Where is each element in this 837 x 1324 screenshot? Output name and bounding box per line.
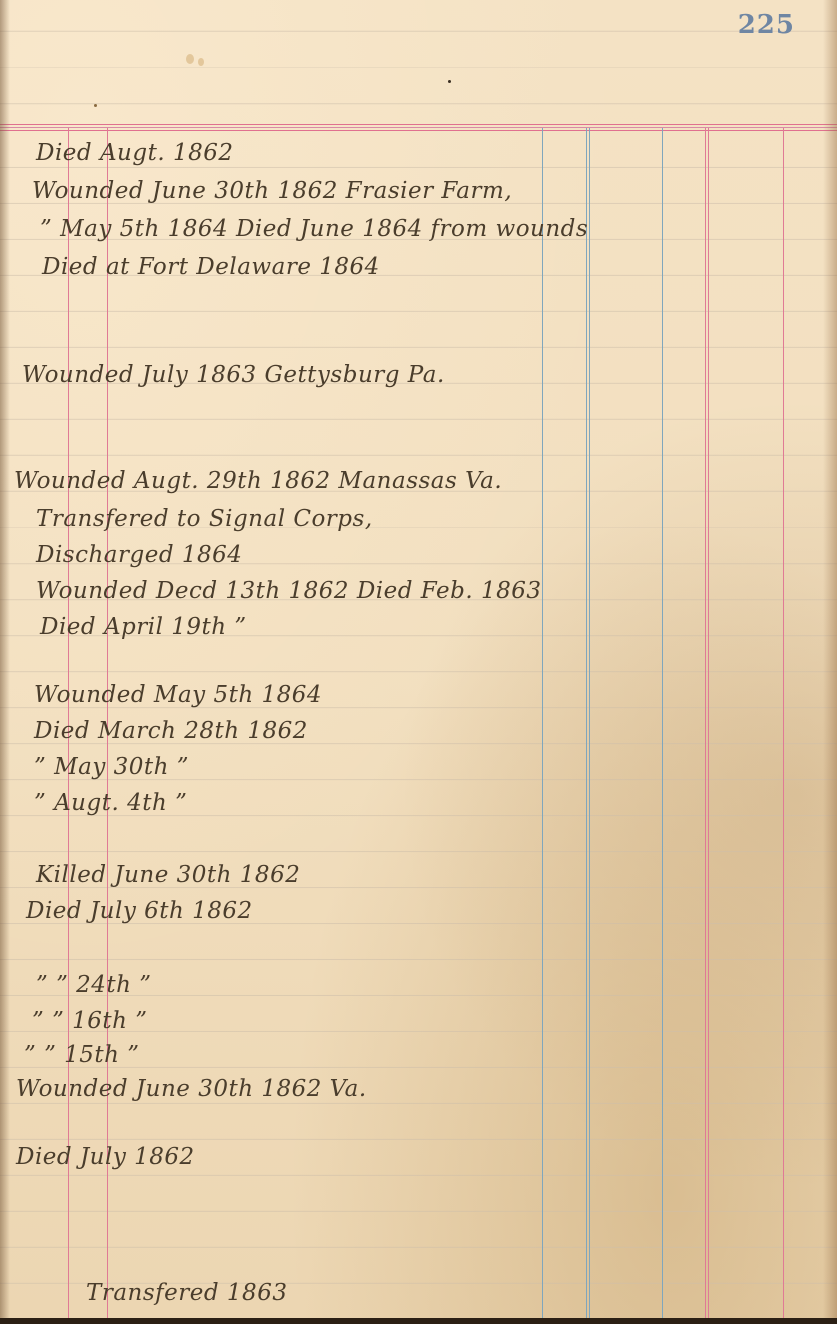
- column-rule: [708, 128, 709, 1318]
- header-rule: [0, 124, 837, 125]
- ledger-entry: Died April 19th ”: [40, 614, 247, 640]
- ledger-entry: ” ” 15th ”: [24, 1042, 140, 1068]
- page-number: 225: [738, 10, 795, 40]
- ledger-entry: Wounded May 5th 1864: [34, 682, 322, 708]
- header-rule: [0, 130, 837, 131]
- ledger-entry: Died March 28th 1862: [34, 718, 308, 744]
- column-rule: [705, 128, 706, 1318]
- ledger-page: 225 Died Augt. 1862Wounded June 30th 186…: [0, 0, 837, 1324]
- ink-spot: [186, 54, 194, 64]
- ledger-entry: Died July 1862: [16, 1144, 195, 1170]
- page-bottom-edge: [0, 1318, 837, 1324]
- ledger-entry: ” May 30th ”: [34, 754, 189, 780]
- column-rule: [783, 128, 784, 1318]
- ledger-entry: Wounded June 30th 1862 Va.: [16, 1076, 367, 1102]
- ledger-entry: Wounded July 1863 Gettysburg Pa.: [22, 362, 445, 388]
- ledger-entry: Died at Fort Delaware 1864: [42, 254, 380, 280]
- ledger-entry: ” Augt. 4th ”: [34, 790, 187, 816]
- ledger-entry: Died July 6th 1862: [26, 898, 253, 924]
- header-rule: [0, 127, 837, 128]
- ledger-entry: Transfered to Signal Corps,: [36, 506, 373, 532]
- ledger-entry: Wounded Decd 13th 1862 Died Feb. 1863: [36, 578, 542, 604]
- ledger-entry: ” May 5th 1864 Died June 1864 from wound…: [40, 216, 588, 242]
- ledger-entry: ” ” 16th ”: [32, 1008, 148, 1034]
- page-edge: [823, 0, 837, 1324]
- ledger-entry: Wounded June 30th 1862 Frasier Farm,: [32, 178, 512, 204]
- ledger-entry: Killed June 30th 1862: [36, 862, 300, 888]
- column-rule: [542, 128, 543, 1318]
- ledger-entry: Wounded Augt. 29th 1862 Manassas Va.: [14, 468, 502, 494]
- ledger-entry: Transfered 1863: [86, 1280, 287, 1306]
- column-rule: [662, 128, 663, 1318]
- column-rule: [589, 128, 590, 1318]
- ink-spot: [198, 58, 204, 66]
- column-rule: [586, 128, 587, 1318]
- ledger-entry: Discharged 1864: [36, 542, 242, 568]
- ink-spot: [448, 80, 451, 83]
- ink-spot: [94, 104, 97, 107]
- ledger-entry: Died Augt. 1862: [36, 140, 234, 166]
- spine-shadow: [0, 0, 10, 1324]
- ledger-entry: ” ” 24th ”: [36, 972, 152, 998]
